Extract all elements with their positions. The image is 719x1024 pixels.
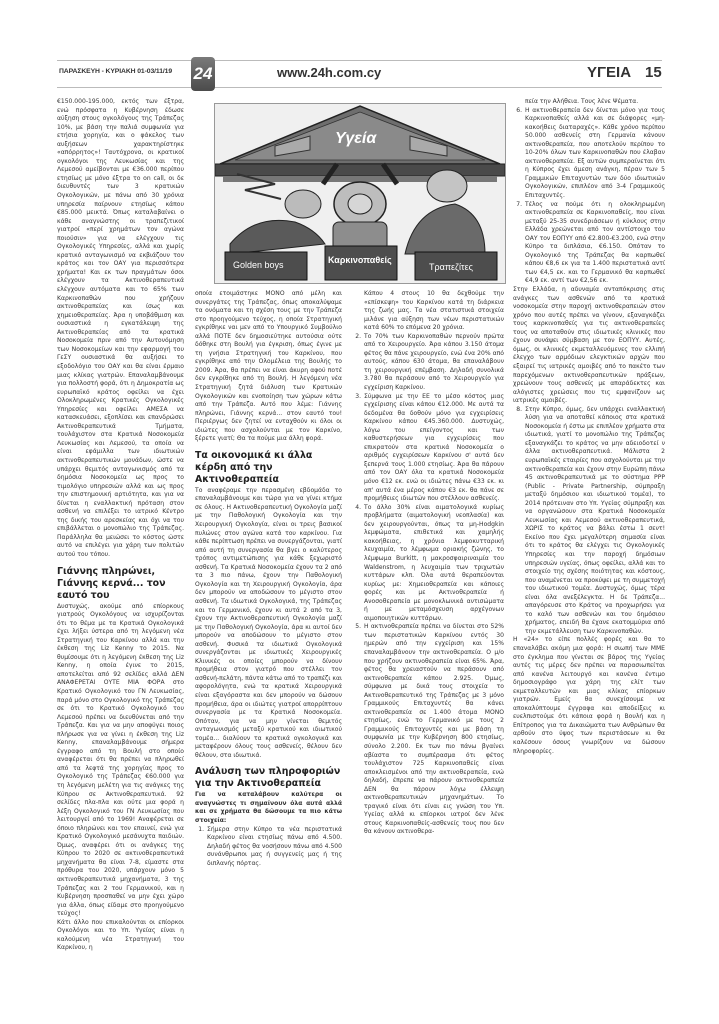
list-item: Τέλος να πούμε ότι η ολοκληρωμένη ακτινο… bbox=[524, 201, 665, 286]
paragraph: Κάτι άλλο που επικαλούνται οι επίορκοι Ο… bbox=[57, 919, 184, 953]
numbered-list: Το 70% των Καρκινοπαθών περνούν πρώτα απ… bbox=[352, 333, 504, 837]
paragraph: Κάπου 4 στους 10 θα δεχθούμε την «επίσκε… bbox=[352, 290, 504, 333]
list-item: Στην Κύπρο, όμως, δεν υπάρχει εναλλακτικ… bbox=[524, 406, 665, 637]
list-item: Το άλλο 30% είναι αιματολογικά κυρίως πρ… bbox=[363, 504, 504, 624]
article-column-2: οποία ετοιμάστηκε ΜΟΝΟ από μέλη και συνε… bbox=[195, 290, 342, 868]
paragraph: πεία την Αλήθεια. Τους λένε Ψέματα. bbox=[513, 98, 665, 107]
section-title: ΥΓΕΙΑ bbox=[587, 64, 631, 81]
paragraph: Στην Ελλάδα, η αδυναμία ανταπόκρισης στι… bbox=[513, 286, 665, 406]
page-number: 15 bbox=[645, 64, 662, 81]
cartoon-label-left: Golden boys bbox=[233, 260, 284, 270]
subheading: Τα οικονομικά κι άλλα κέρδη από την Ακτι… bbox=[195, 450, 342, 486]
newspaper-page: ΠΑΡΑΣΚΕΥΗ - ΚΥΡΙΑΚΗ 01-03/11/19 24 www.2… bbox=[0, 0, 719, 1024]
paragraph: Η «24» το είπε πολλές φορές και θα το επ… bbox=[513, 636, 665, 756]
numbered-list: Σήμερα στην Κύπρο τα νέα περιστατικά Καρ… bbox=[195, 826, 342, 869]
numbered-list: Στην Κύπρο, όμως, δεν υπάρχει εναλλακτικ… bbox=[513, 406, 665, 637]
cartoon-title: Υγεία bbox=[335, 130, 376, 148]
paragraph: οποία ετοιμάστηκε ΜΟΝΟ από μέλη και συνε… bbox=[195, 290, 342, 444]
paragraph: €150.000-195.000, εκτός των έξτρα, ενώ π… bbox=[57, 98, 184, 560]
cartoon-label-right: Τραπεζίτες bbox=[429, 262, 473, 272]
lead-paragraph: Για να καταλάβουν καλύτερα οι αναγνώστες… bbox=[195, 791, 342, 825]
article-column-4: πεία την Αλήθεια. Τους λένε Ψέματα. Η ακ… bbox=[513, 98, 665, 756]
subheading: Γιάννης πληρώνει, Γιάννης κερνά... τον ε… bbox=[57, 566, 184, 602]
paragraph: Το αναφέραμε την περασμένη εβδομάδα το ε… bbox=[195, 487, 342, 761]
cartoon-label-center: Καρκινοπαθείς bbox=[328, 255, 392, 265]
paragraph: Δυστυχώς, ακούμε από επίορκους γιατρούς … bbox=[57, 603, 184, 919]
article-column-3: Κάπου 4 στους 10 θα δεχθούμε την «επίσκε… bbox=[352, 290, 504, 837]
list-item: Η ακτινοθεραπεία πρέπει να δίνεται στο 5… bbox=[363, 623, 504, 837]
list-item: Η ακτινοθεραπεία δεν δίνεται μόνο για το… bbox=[524, 107, 665, 201]
numbered-list: Η ακτινοθεραπεία δεν δίνεται μόνο για το… bbox=[513, 107, 665, 286]
editorial-cartoon: Υγεία Golden boys Καρκινοπαθείς Τραπεζίτ… bbox=[214, 103, 506, 284]
page-header: ΠΑΡΑΣΚΕΥΗ - ΚΥΡΙΑΚΗ 01-03/11/19 24 www.2… bbox=[57, 60, 662, 88]
issue-date: ΠΑΡΑΣΚΕΥΗ - ΚΥΡΙΑΚΗ 01-03/11/19 bbox=[59, 68, 172, 75]
list-item: Σήμερα στην Κύπρο τα νέα περιστατικά Καρ… bbox=[206, 826, 342, 869]
website-link[interactable]: www.24h.com.cy bbox=[277, 65, 381, 80]
subheading: Ανάλυση των πληροφοριών για την Ακτινοθε… bbox=[195, 766, 342, 790]
list-item: Το 70% των Καρκινοπαθών περνούν πρώτα απ… bbox=[363, 333, 504, 393]
list-item: Σύμφωνα με την ΕΕ το μέσο κόστος μιας εγ… bbox=[363, 393, 504, 504]
article-column-1: €150.000-195.000, εκτός των έξτρα, ενώ π… bbox=[57, 98, 184, 953]
newspaper-logo: 24 bbox=[191, 57, 215, 91]
